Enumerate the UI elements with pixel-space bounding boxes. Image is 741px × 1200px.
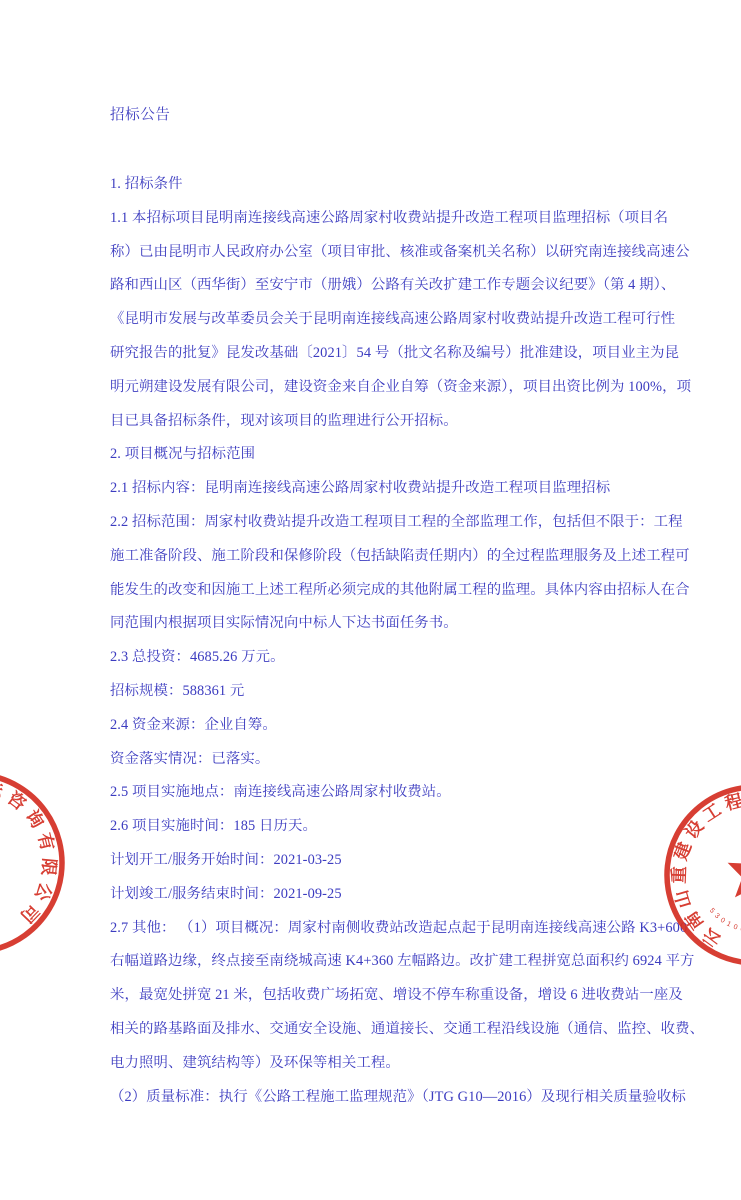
funding-status-line: 资金落实情况：已落实。 xyxy=(110,743,720,777)
end-date-line: 计划竣工/服务结束时间：2021-09-25 xyxy=(110,878,720,912)
document-title: 招标公告 xyxy=(110,104,170,126)
tender-content-line: 2.1 招标内容：昆明南连接线高速公路周家村收费站提升改造工程项目监理招标 xyxy=(110,472,720,506)
text-line: （2）质量标准：执行《公路工程施工监理规范》（JTG G10—2016）及现行相… xyxy=(110,1081,720,1115)
text-line: 1.1 本招标项目昆明南连接线高速公路周家村收费站提升改造工程项目监理招标（项目… xyxy=(110,202,720,236)
tender-scale-line: 招标规模：588361 元 xyxy=(110,675,720,709)
stamp-company-name: 招标咨询有限公司 xyxy=(0,760,76,939)
text-line: 右幅道路边缘，终点接至南绕城高速 K4+360 左幅路边。改扩建工程拼宽总面积约… xyxy=(110,945,720,979)
project-location-line: 2.5 项目实施地点：南连接线高速公路周家村收费站。 xyxy=(110,776,720,810)
text-line: 施工准备阶段、施工阶段和保修阶段（包括缺陷责任期内）的全过程监理服务及上述工程可 xyxy=(110,540,720,574)
section-1-heading: 1. 招标条件 xyxy=(110,168,720,202)
text-line: 相关的路基路面及排水、交通安全设施、通道接长、交通工程沿线设施（通信、监控、收费… xyxy=(110,1013,720,1047)
section-2-heading: 2. 项目概况与招标范围 xyxy=(110,438,720,472)
left-company-seal: 招标咨询有限公司 5232584 xyxy=(0,760,80,970)
start-date-line: 计划开工/服务开始时间：2021-03-25 xyxy=(110,844,720,878)
text-line: 明元朔建设发展有限公司，建设资金来自企业自筹（资金来源），项目出资比例为 100… xyxy=(110,371,720,405)
text-line: 研究报告的批复》昆发改基础〔2021〕54 号（批文名称及编号）批准建设，项目业… xyxy=(110,337,720,371)
text-line: 2.7 其他： （1）项目概况：周家村南侧收费站改造起点起于昆明南连接线高速公路… xyxy=(110,912,720,946)
text-line: 路和西山区（西华街）至安宁市（册娥）公路有关改扩建工作专题会议纪要》（第 4 期… xyxy=(110,269,720,303)
right-company-seal: 云南山重建设工程 5301060 xyxy=(660,780,741,980)
text-line: 称）已由昆明市人民政府办公室（项目审批、核准或备案机关名称）以研究南连接线高速公 xyxy=(110,236,720,270)
star-icon xyxy=(0,827,7,893)
document-body: 1. 招标条件 1.1 本招标项目昆明南连接线高速公路周家村收费站提升改造工程项… xyxy=(110,168,720,1114)
star-icon xyxy=(724,842,741,902)
text-line: 《昆明市发展与改革委员会关于昆明南连接线高速公路周家村收费站提升改造工程可行性 xyxy=(110,303,720,337)
total-investment-line: 2.3 总投资：4685.26 万元。 xyxy=(110,641,720,675)
text-line: 目已具备招标条件，现对该项目的监理进行公开招标。 xyxy=(110,405,720,439)
text-line: 米，最宽处拼宽 21 米，包括收费广场拓宽、增设不停车称重设备，增设 6 进收费… xyxy=(110,979,720,1013)
tender-announcement-document: 招标公告 1. 招标条件 1.1 本招标项目昆明南连接线高速公路周家村收费站提升… xyxy=(0,0,741,1200)
svg-text:招标咨询有限公司: 招标咨询有限公司 xyxy=(0,760,76,939)
text-line: 能发生的改变和因施工上述工程所必须完成的其他附属工程的监理。具体内容由招标人在合 xyxy=(110,574,720,608)
project-duration-line: 2.6 项目实施时间：185 日历天。 xyxy=(110,810,720,844)
text-line: 电力照明、建筑结构等）及环保等相关工程。 xyxy=(110,1047,720,1081)
funding-source-line: 2.4 资金来源：企业自筹。 xyxy=(110,709,720,743)
text-line: 同范围内根据项目实际情况向中标人下达书面任务书。 xyxy=(110,607,720,641)
text-line: 2.2 招标范围：周家村收费站提升改造工程项目工程的全部监理工作，包括但不限于：… xyxy=(110,506,720,540)
